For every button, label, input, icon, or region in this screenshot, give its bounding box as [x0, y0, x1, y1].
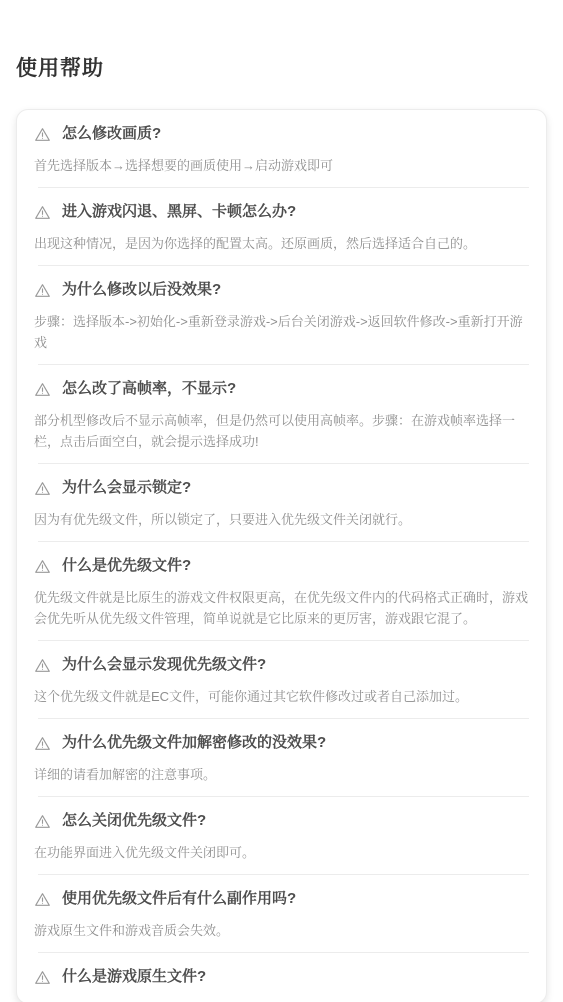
faq-item: 使用优先级文件后有什么副作用吗? 游戏原生文件和游戏音质会失效。 — [17, 875, 546, 953]
faq-question-row: 什么是游戏原生文件? — [34, 966, 529, 988]
faq-question-row: 什么是优先级文件? — [34, 555, 529, 577]
faq-question: 使用优先级文件后有什么副作用吗? — [62, 888, 296, 910]
faq-item: 什么是优先级文件? 优先级文件就是比原生的游戏文件权限更高，在优先级文件内的代码… — [17, 542, 546, 641]
faq-question: 为什么会显示锁定? — [62, 477, 191, 499]
warning-triangle-icon — [34, 891, 51, 908]
faq-card: 怎么修改画质? 首先选择版本→选择想要的画质使用→启动游戏即可 进入游戏闪退、黑… — [16, 109, 547, 1002]
warning-triangle-icon — [34, 204, 51, 221]
faq-answer: 游戏原生文件和游戏音质会失效。 — [34, 920, 529, 941]
faq-question: 什么是优先级文件? — [62, 555, 191, 577]
warning-triangle-icon — [34, 381, 51, 398]
warning-triangle-icon — [34, 282, 51, 299]
faq-item: 为什么修改以后没效果? 步骤：选择版本->初始化->重新登录游戏->后台关闭游戏… — [17, 266, 546, 365]
faq-item: 什么是游戏原生文件? — [17, 953, 546, 1002]
faq-question: 为什么修改以后没效果? — [62, 279, 221, 301]
faq-answer: 首先选择版本→选择想要的画质使用→启动游戏即可 — [34, 155, 529, 176]
faq-answer: 部分机型修改后不显示高帧率，但是仍然可以使用高帧率。步骤：在游戏帧率选择一栏，点… — [34, 410, 529, 452]
faq-question-row: 为什么会显示锁定? — [34, 477, 529, 499]
faq-question: 为什么优先级文件加解密修改的没效果? — [62, 732, 326, 754]
help-page: 使用帮助 怎么修改画质? 首先选择版本→选择想要的画质使用→启动游戏即可 — [0, 52, 563, 1002]
warning-triangle-icon — [34, 126, 51, 143]
faq-answer: 这个优先级文件就是EC文件，可能你通过其它软件修改过或者自己添加过。 — [34, 686, 529, 707]
faq-item: 怎么修改画质? 首先选择版本→选择想要的画质使用→启动游戏即可 — [17, 110, 546, 188]
warning-triangle-icon — [34, 657, 51, 674]
faq-question-row: 使用优先级文件后有什么副作用吗? — [34, 888, 529, 910]
warning-triangle-icon — [34, 480, 51, 497]
faq-answer: 步骤：选择版本->初始化->重新登录游戏->后台关闭游戏->返回软件修改->重新… — [34, 311, 529, 353]
faq-answer: 出现这种情况，是因为你选择的配置太高。还原画质，然后选择适合自己的。 — [34, 233, 529, 254]
faq-question: 怎么改了高帧率，不显示? — [62, 378, 236, 400]
faq-item: 怎么关闭优先级文件? 在功能界面进入优先级文件关闭即可。 — [17, 797, 546, 875]
warning-triangle-icon — [34, 558, 51, 575]
faq-item: 为什么会显示发现优先级文件? 这个优先级文件就是EC文件，可能你通过其它软件修改… — [17, 641, 546, 719]
faq-question: 怎么修改画质? — [62, 123, 161, 145]
faq-question-row: 怎么关闭优先级文件? — [34, 810, 529, 832]
faq-question-row: 怎么修改画质? — [34, 123, 529, 145]
warning-triangle-icon — [34, 735, 51, 752]
faq-answer: 因为有优先级文件，所以锁定了，只要进入优先级文件关闭就行。 — [34, 509, 529, 530]
warning-triangle-icon — [34, 813, 51, 830]
faq-question-row: 为什么修改以后没效果? — [34, 279, 529, 301]
faq-question-row: 进入游戏闪退、黑屏、卡顿怎么办? — [34, 201, 529, 223]
faq-question-row: 怎么改了高帧率，不显示? — [34, 378, 529, 400]
faq-item: 为什么优先级文件加解密修改的没效果? 详细的请看加解密的注意事项。 — [17, 719, 546, 797]
faq-item: 进入游戏闪退、黑屏、卡顿怎么办? 出现这种情况，是因为你选择的配置太高。还原画质… — [17, 188, 546, 266]
faq-question-row: 为什么会显示发现优先级文件? — [34, 654, 529, 676]
faq-item: 为什么会显示锁定? 因为有优先级文件，所以锁定了，只要进入优先级文件关闭就行。 — [17, 464, 546, 542]
faq-question: 怎么关闭优先级文件? — [62, 810, 206, 832]
faq-question: 为什么会显示发现优先级文件? — [62, 654, 266, 676]
faq-question: 进入游戏闪退、黑屏、卡顿怎么办? — [62, 201, 296, 223]
page-title: 使用帮助 — [16, 52, 547, 82]
faq-answer: 详细的请看加解密的注意事项。 — [34, 764, 529, 785]
faq-answer: 优先级文件就是比原生的游戏文件权限更高，在优先级文件内的代码格式正确时，游戏会优… — [34, 587, 529, 629]
warning-triangle-icon — [34, 969, 51, 986]
faq-question: 什么是游戏原生文件? — [62, 966, 206, 988]
faq-item: 怎么改了高帧率，不显示? 部分机型修改后不显示高帧率，但是仍然可以使用高帧率。步… — [17, 365, 546, 464]
faq-question-row: 为什么优先级文件加解密修改的没效果? — [34, 732, 529, 754]
faq-answer: 在功能界面进入优先级文件关闭即可。 — [34, 842, 529, 863]
